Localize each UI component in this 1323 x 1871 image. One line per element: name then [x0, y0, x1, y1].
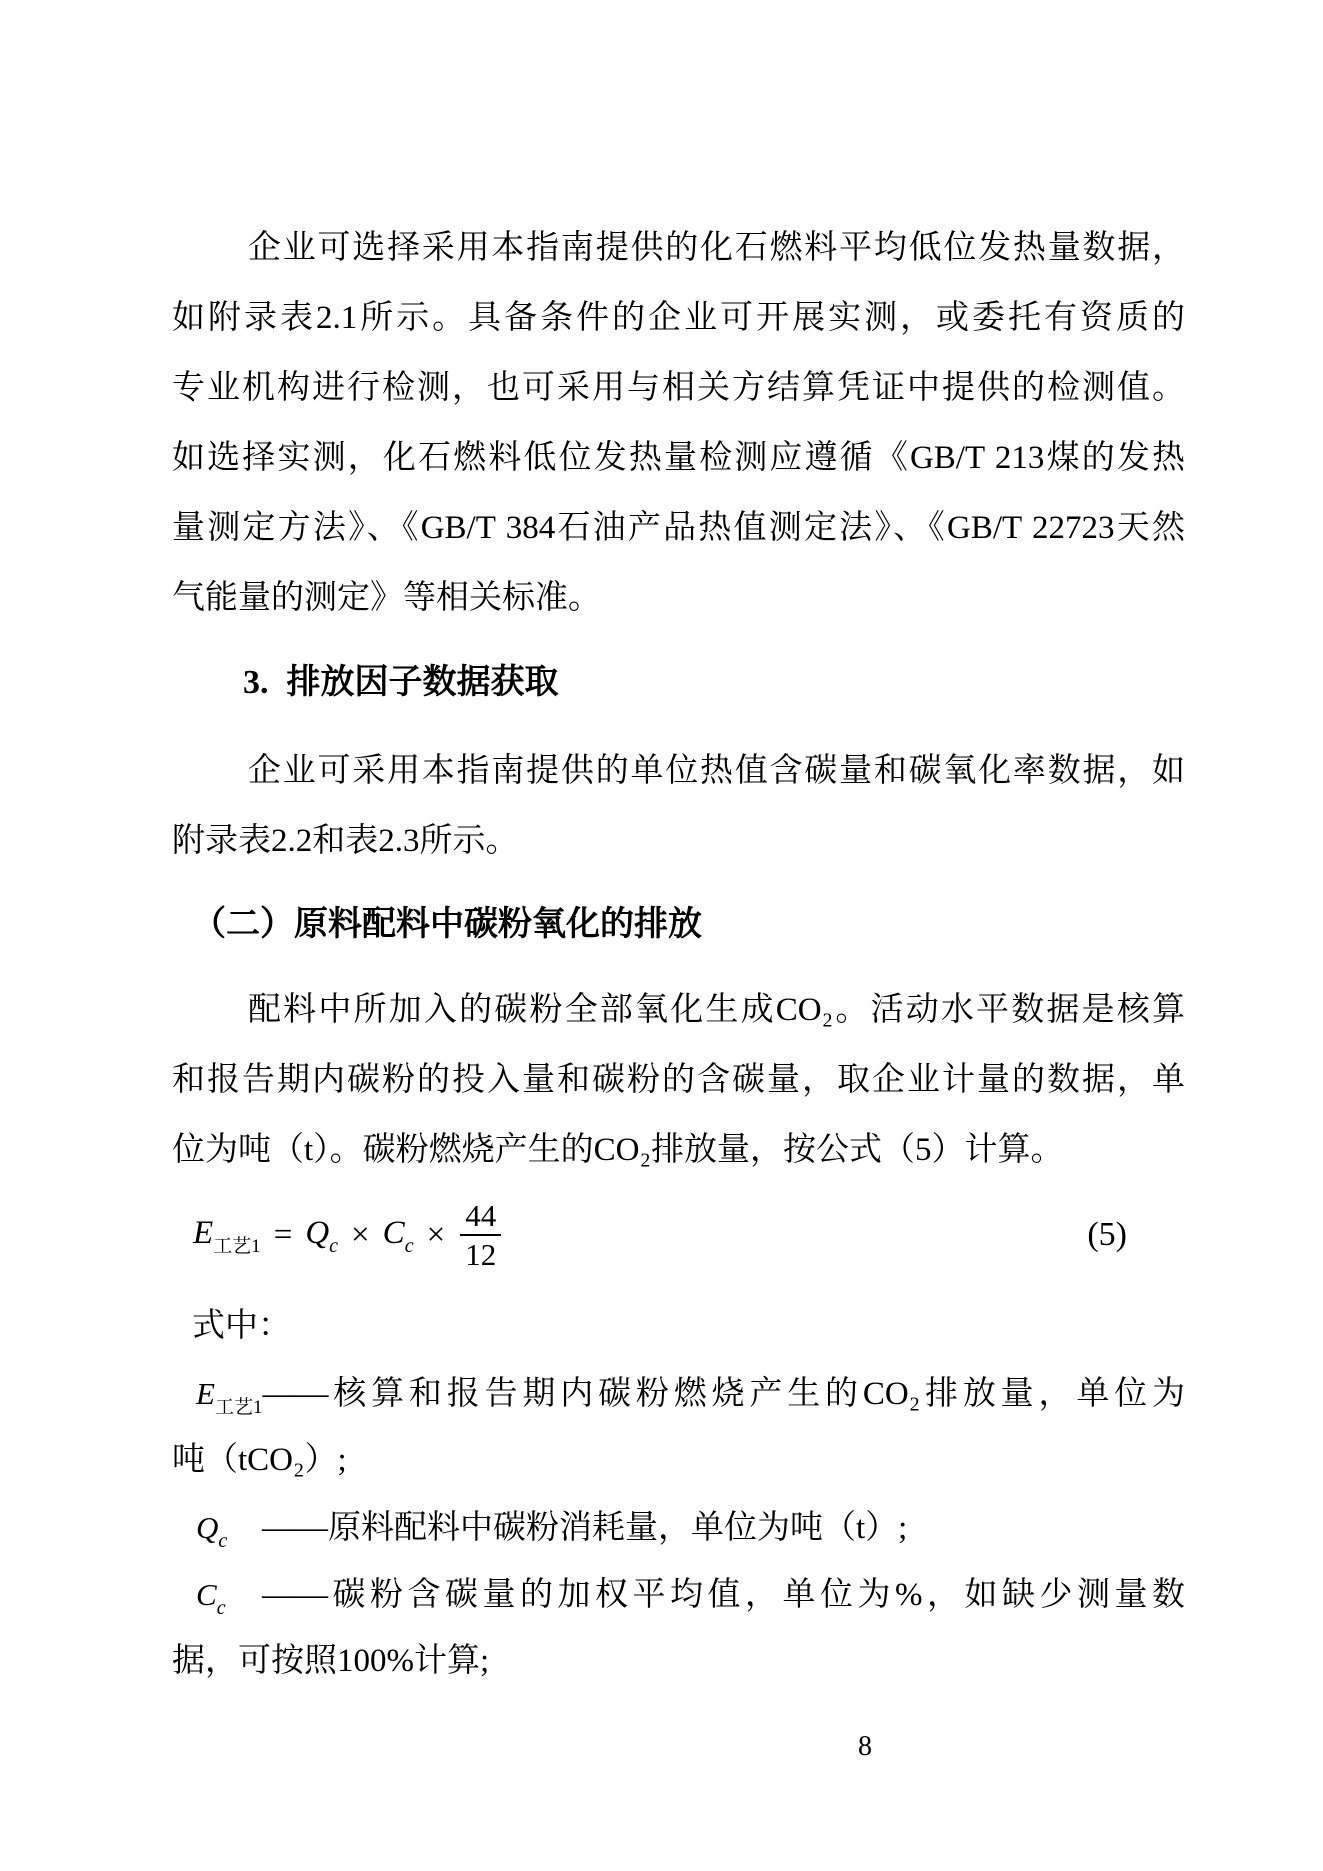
text-line: 专业机构进行检测，也可采用与相关方结算凭证中提供的检测值。: [172, 353, 1185, 423]
text-line: 如附录表2.1所示。具备条件的企业可开展实测，或委托有资质的: [172, 283, 1185, 353]
subscript: 工艺1: [213, 1236, 261, 1257]
multiply-sign: ×: [351, 1217, 370, 1254]
document-page: { "document": { "para1": { "lines": [ "企…: [0, 0, 1323, 1871]
text-line: 企业可选择采用本指南提供的化石燃料平均低位发热量数据，: [172, 213, 1185, 283]
text-line: 配料中所加入的碳粉全部氧化生成CO₂。活动水平数据是核算: [172, 975, 1185, 1045]
page-number: 8: [858, 1732, 872, 1762]
variable-Qc: Qc: [196, 1494, 262, 1561]
page-content: 企业可选择采用本指南提供的化石燃料平均低位发热量数据， 如附录表2.1所示。具备…: [172, 213, 1185, 1695]
definition-continuation-line: 据，可按照100%计算;: [172, 1628, 1185, 1695]
text-line: 如选择实测，化石燃料低位发热量检测应遵循《GB/T 213煤的发热: [172, 423, 1185, 493]
variable-Qc: Qc: [305, 1215, 338, 1256]
definition-term-line: Cc——碳粉含碳量的加权平均值，单位为%，如缺少测量数: [172, 1561, 1185, 1628]
variable-Cc: Cc: [383, 1215, 414, 1256]
heading-title: 排放因子数据获取: [287, 664, 559, 701]
subscript: c: [329, 1235, 338, 1257]
definition-term-line: Qc——原料配料中碳粉消耗量，单位为吨（t）;: [172, 1494, 1185, 1561]
definition-Qc: Qc——原料配料中碳粉消耗量，单位为吨（t）;: [172, 1494, 1185, 1561]
text-line: 位为吨（t）。碳粉燃烧产生的CO₂排放量，按公式（5）计算。: [172, 1115, 1185, 1185]
variable-Cc: Cc: [196, 1561, 262, 1628]
section-heading-emission-factor: 3.排放因子数据获取: [172, 648, 1185, 718]
formula-number: (5): [1087, 1216, 1185, 1254]
subscript: c: [218, 1530, 227, 1552]
fraction-denominator: 12: [460, 1236, 501, 1273]
formula-5: E工艺1 = Qc × Cc × 44 12 (5): [172, 1185, 1185, 1285]
definition-text: ——原料配料中碳粉消耗量，单位为吨（t）;: [262, 1510, 907, 1546]
paragraph-carbon-powder: 配料中所加入的碳粉全部氧化生成CO₂。活动水平数据是核算 和报告期内碳粉的投入量…: [172, 975, 1185, 1185]
formula-expression: E工艺1 = Qc × Cc × 44 12: [172, 1197, 501, 1273]
subscript: 工艺1: [215, 1397, 263, 1418]
definition-term-line: E工艺1——核算和报告期内碳粉燃烧产生的CO₂排放量，单位为: [172, 1360, 1185, 1427]
fraction-numerator: 44: [460, 1197, 501, 1236]
heading-title: （二）原料配料中碳粉氧化的排放: [192, 906, 702, 943]
paragraph-emission-factor: 企业可采用本指南提供的单位热值含碳量和碳氧化率数据，如 附录表2.2和表2.3所…: [172, 736, 1185, 876]
text-line: 企业可采用本指南提供的单位热值含碳量和碳氧化率数据，如: [172, 736, 1185, 806]
multiply-sign: ×: [427, 1217, 446, 1254]
text-line: 和报告期内碳粉的投入量和碳粉的含碳量，取企业计量的数据，单: [172, 1045, 1185, 1115]
variable-E: E工艺1: [193, 1215, 261, 1256]
equals-sign: =: [274, 1217, 293, 1254]
variable-E: E工艺1: [196, 1360, 262, 1427]
definition-E: E工艺1——核算和报告期内碳粉燃烧产生的CO₂排放量，单位为 吨（tCO₂）;: [172, 1360, 1185, 1494]
definition-continuation-line: 吨（tCO₂）;: [172, 1427, 1185, 1494]
heading-number: 3.: [243, 664, 269, 701]
definition-Cc: Cc——碳粉含碳量的加权平均值，单位为%，如缺少测量数 据，可按照100%计算;: [172, 1561, 1185, 1695]
where-label: 式中：: [172, 1293, 1185, 1360]
paragraph-heating-value: 企业可选择采用本指南提供的化石燃料平均低位发热量数据， 如附录表2.1所示。具备…: [172, 213, 1185, 633]
definition-text: ——碳粉含碳量的加权平均值，单位为%，如缺少测量数: [262, 1577, 1185, 1613]
text-line: 附录表2.2和表2.3所示。: [172, 806, 1185, 876]
text-line: 量测定方法》、《GB/T 384石油产品热值测定法》、《GB/T 22723天然: [172, 493, 1185, 563]
definition-text: ——核算和报告期内碳粉燃烧产生的CO₂排放量，单位为: [262, 1376, 1185, 1412]
subscript: c: [217, 1597, 226, 1619]
section-heading-carbon-powder: （二）原料配料中碳粉氧化的排放: [172, 890, 1185, 960]
text-line: 气能量的测定》等相关标准。: [172, 563, 1185, 633]
fraction-44-12: 44 12: [460, 1197, 501, 1273]
subscript: c: [405, 1235, 414, 1257]
